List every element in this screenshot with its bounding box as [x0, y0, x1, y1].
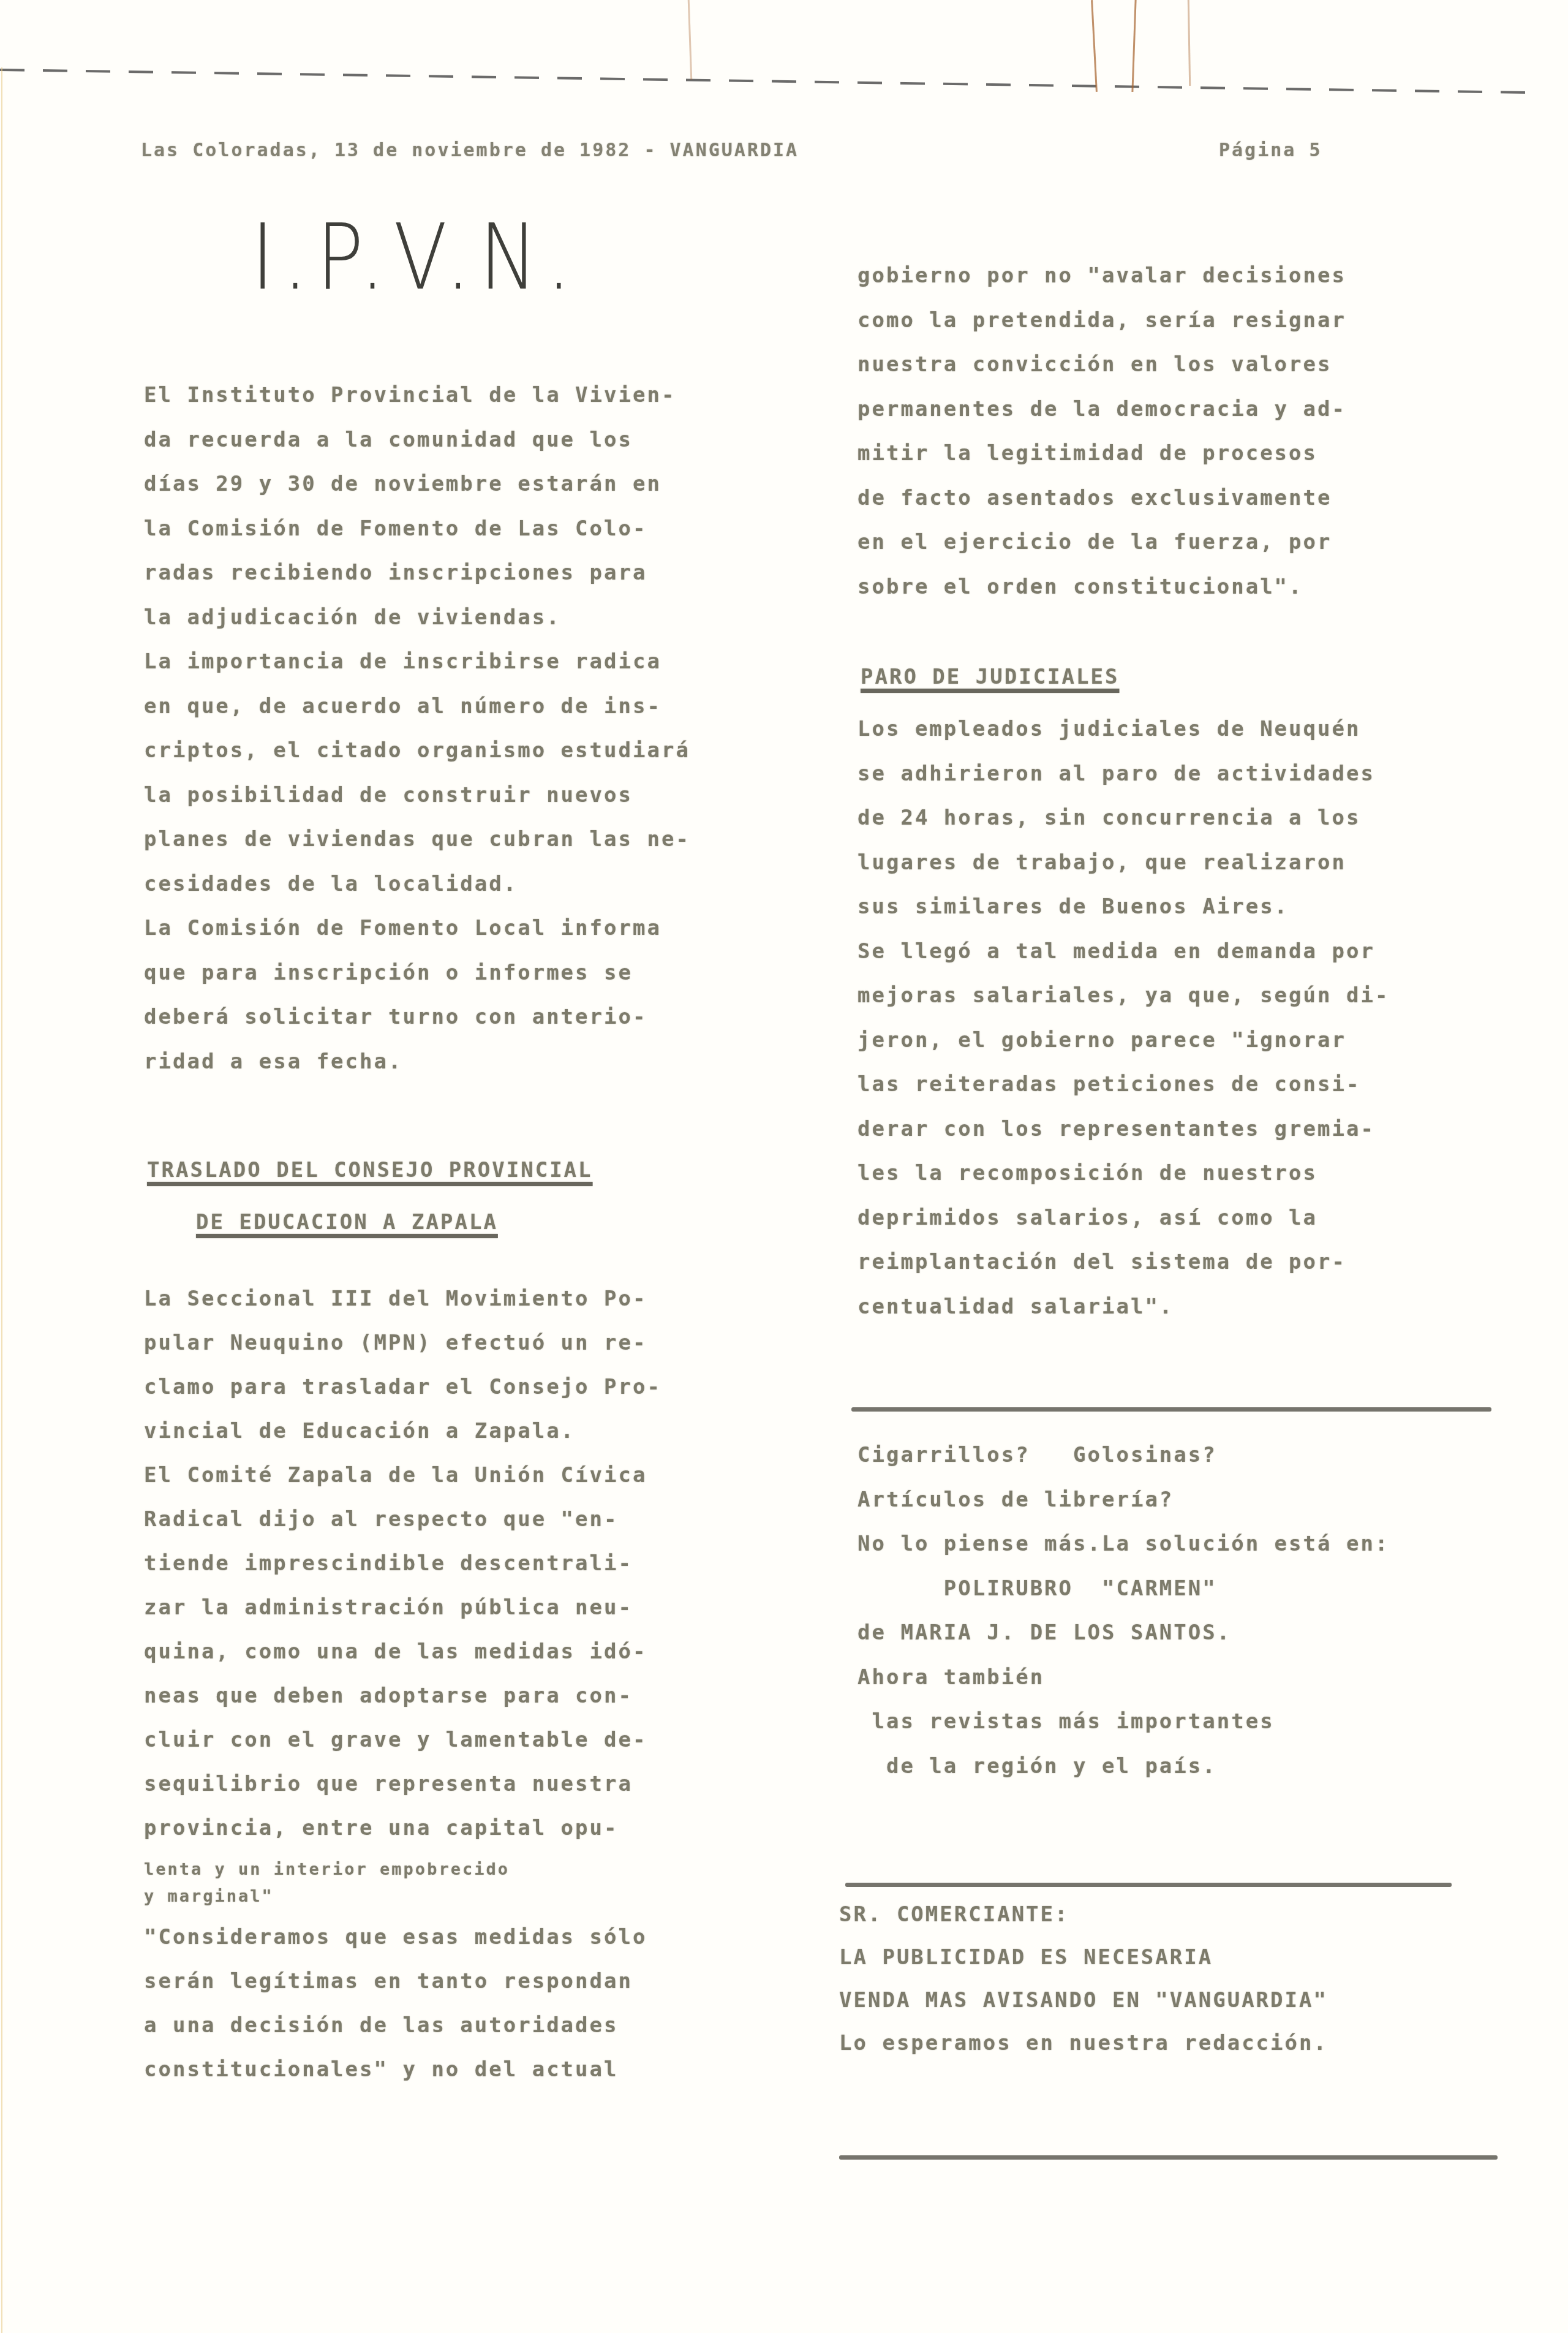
text-line: Radical dijo al respecto que "en- — [144, 1507, 619, 1532]
text-line: lenta y un interior empobrecido — [144, 1860, 510, 1879]
text-line: SR. COMERCIANTE: — [839, 1902, 1069, 1927]
text-line: "Consideramos que esas medidas sólo — [144, 1925, 647, 1949]
text-line: El Comité Zapala de la Unión Cívica — [144, 1463, 647, 1488]
text-line: a una decisión de las autoridades — [144, 2013, 619, 2038]
text-line: Ahora también — [858, 1665, 1044, 1690]
text-line: El Instituto Provincial de la Vivien- — [144, 383, 676, 407]
dateline: Las Coloradas, 13 de noviembre de 1982 -… — [141, 140, 799, 161]
text-line: tiende imprescindible descentrali- — [144, 1551, 633, 1576]
text-line: sequilibrio que representa nuestra — [144, 1772, 633, 1796]
text-line: ridad a esa fecha. — [144, 1049, 402, 1074]
text-line: se adhirieron al paro de actividades — [858, 762, 1375, 786]
text-line: Cigarrillos? Golosinas? — [858, 1443, 1217, 1467]
text-line: sus similares de Buenos Aires. — [858, 894, 1289, 919]
text-line: vincial de Educación a Zapala. — [144, 1419, 575, 1443]
text-line: La importancia de inscribirse radica — [144, 649, 661, 674]
text-line: radas recibiendo inscripciones para — [144, 561, 647, 585]
text-line: las revistas más importantes — [858, 1709, 1275, 1734]
text-line: neas que deben adoptarse para con- — [144, 1684, 633, 1708]
text-line: No lo piense más.La solución está en: — [858, 1532, 1389, 1556]
text-line: provincia, entre una capital opu- — [144, 1816, 619, 1840]
text-line: Se llegó a tal medida en demanda por — [858, 939, 1375, 964]
text-line: cesidades de la localidad. — [144, 872, 518, 896]
paper-fiber — [1091, 0, 1098, 92]
text-line: gobierno por no "avalar decisiones — [858, 263, 1346, 288]
traslado-heading-1: TRASLADO DEL CONSEJO PROVINCIAL — [147, 1158, 593, 1182]
text-line: la posibilidad de construir nuevos — [144, 783, 633, 807]
text-line: da recuerda a la comunidad que los — [144, 428, 633, 452]
text-line: serán legítimas en tanto respondan — [144, 1969, 633, 1994]
text-line: constitucionales" y no del actual — [144, 2057, 619, 2082]
text-line: de facto asentados exclusivamente — [858, 486, 1332, 510]
text-line: jeron, el gobierno parece "ignorar — [858, 1028, 1346, 1053]
text-line: que para inscripción o informes se — [144, 961, 633, 985]
text-line: de la región y el país. — [858, 1754, 1217, 1779]
text-line: POLIRUBRO "CARMEN" — [858, 1576, 1217, 1601]
text-line: mejoras salariales, ya que, según di- — [858, 983, 1389, 1008]
text-line: les la recomposición de nuestros — [858, 1161, 1317, 1185]
scan-edge-line — [0, 69, 1537, 94]
text-line: en el ejercicio de la fuerza, por — [858, 530, 1332, 554]
text-line: cluir con el grave y lamentable de- — [144, 1728, 647, 1752]
text-line: días 29 y 30 de noviembre estarán en — [144, 472, 661, 496]
text-line: Los empleados judiciales de Neuquén — [858, 717, 1360, 741]
text-line: clamo para trasladar el Consejo Pro- — [144, 1375, 661, 1399]
text-line: la Comisión de Fomento de Las Colo- — [144, 516, 647, 541]
text-line: derar con los representantes gremia- — [858, 1117, 1375, 1141]
text-line: La Seccional III del Movimiento Po- — [144, 1287, 647, 1311]
text-line: la adjudicación de viviendas. — [144, 605, 561, 630]
scan-left-edge — [1, 67, 2, 2333]
text-line: permanentes de la democracia y ad- — [858, 397, 1346, 422]
text-line: La Comisión de Fomento Local informa — [144, 916, 661, 940]
page-number: Página 5 — [1219, 140, 1322, 161]
traslado-heading-2: DE EDUCACION A ZAPALA — [196, 1210, 498, 1235]
text-line: Lo esperamos en nuestra redacción. — [839, 2031, 1328, 2055]
text-line: nuestra convicción en los valores — [858, 352, 1332, 377]
text-line: deberá solicitar turno con anterio- — [144, 1005, 647, 1029]
text-line: lugares de trabajo, que realizaron — [858, 850, 1346, 875]
text-line: zar la administración pública neu- — [144, 1595, 633, 1620]
text-line: de 24 horas, sin concurrencia a los — [858, 806, 1360, 830]
divider-rule — [845, 1883, 1452, 1887]
text-line: las reiteradas peticiones de consi- — [858, 1072, 1360, 1097]
paper-fiber — [1131, 0, 1136, 92]
text-line: pular Neuquino (MPN) efectuó un re- — [144, 1331, 647, 1355]
paro-heading: PARO DE JUDICIALES — [861, 665, 1119, 689]
text-line: y marginal" — [144, 1887, 274, 1906]
text-line: reimplantación del sistema de por- — [858, 1250, 1346, 1274]
divider-rule — [839, 2155, 1498, 2160]
paper-fiber — [1188, 0, 1191, 86]
text-line: sobre el orden constitucional". — [858, 575, 1303, 599]
text-line: centualidad salarial". — [858, 1295, 1174, 1319]
text-line: en que, de acuerdo al número de ins- — [144, 694, 661, 719]
divider-rule — [851, 1407, 1491, 1412]
text-line: deprimidos salarios, así como la — [858, 1206, 1317, 1230]
ipvn-title: I.P.V.N. — [251, 205, 580, 310]
text-line: Artículos de librería? — [858, 1488, 1174, 1512]
text-line: como la pretendida, sería resignar — [858, 308, 1346, 333]
text-line: VENDA MAS AVISANDO EN "VANGUARDIA" — [839, 1988, 1328, 2013]
text-line: de MARIA J. DE LOS SANTOS. — [858, 1620, 1231, 1645]
text-line: mitir la legitimidad de procesos — [858, 441, 1317, 466]
text-line: criptos, el citado organismo estudiará — [144, 738, 690, 763]
text-line: planes de viviendas que cubran las ne- — [144, 827, 690, 852]
paper-fiber — [688, 0, 693, 80]
text-line: quina, como una de las medidas idó- — [144, 1639, 647, 1664]
text-line: LA PUBLICIDAD ES NECESARIA — [839, 1945, 1213, 1970]
